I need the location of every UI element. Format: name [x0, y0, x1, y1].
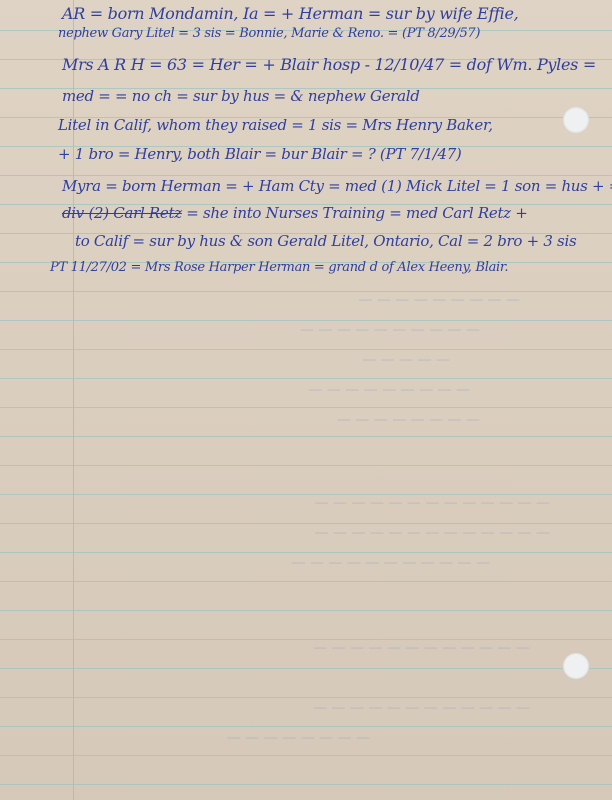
ruled-line	[0, 320, 612, 321]
punch-hole	[563, 653, 589, 679]
ruled-line	[0, 523, 612, 524]
bleed-through-text: — — — — — — — — — —	[150, 322, 480, 338]
bleed-through-text: — — — — — — — —	[180, 412, 480, 428]
bleed-through-text: — — — — — — — — — — — — —	[70, 525, 550, 541]
bleed-through-text: — — — — — — — — —	[150, 382, 470, 398]
bleed-through-text: — — — — — — — — — — —	[70, 555, 490, 571]
struck-text: div (2) Carl Retz	[62, 204, 182, 222]
punch-hole	[563, 107, 589, 133]
note-line: nephew Gary Litel = 3 sis = Bonnie, Mari…	[58, 26, 480, 41]
ruled-line	[0, 784, 612, 785]
bleed-through-text: — — — — — — — — — — — —	[70, 640, 530, 656]
note-line: to Calif = sur by hus & son Gerald Litel…	[75, 232, 576, 250]
ruled-line	[0, 552, 612, 553]
bleed-through-text: — — — — — — — — — — — —	[70, 700, 530, 716]
ruled-line	[0, 407, 612, 408]
ruled-line	[0, 726, 612, 727]
ruled-line	[0, 697, 612, 698]
ruled-line	[0, 581, 612, 582]
note-line-rest: = she into Nurses Training = med Carl Re…	[182, 204, 528, 222]
note-line: Myra = born Herman = + Ham Cty = med (1)…	[62, 177, 612, 195]
bleed-through-text: — — — — — — — — —	[220, 292, 520, 308]
bleed-through-text: — — — — — — — — — — — — —	[70, 495, 550, 511]
bleed-through-text: — — — — —	[250, 352, 450, 368]
note-line: PT 11/27/02 = Mrs Rose Harper Herman = g…	[50, 260, 508, 275]
scanned-page: AR = born Mondamin, Ia = + Herman = sur …	[0, 0, 612, 800]
note-line: Litel in Calif, whom they raised = 1 sis…	[58, 116, 493, 134]
ruled-line	[0, 755, 612, 756]
ruled-line	[0, 465, 612, 466]
ruled-line	[0, 349, 612, 350]
ruled-line	[0, 175, 612, 176]
ruled-line	[0, 378, 612, 379]
note-line: AR = born Mondamin, Ia = + Herman = sur …	[62, 4, 518, 23]
ruled-line	[0, 668, 612, 669]
ruled-line	[0, 436, 612, 437]
note-line: + 1 bro = Henry, both Blair = bur Blair …	[58, 145, 462, 163]
note-line: med = = no ch = sur by hus = & nephew Ge…	[62, 87, 420, 105]
note-line: Mrs A R H = 63 = Her = + Blair hosp - 12…	[62, 55, 596, 74]
ruled-line	[0, 610, 612, 611]
bleed-through-text: — — — — — — — —	[70, 730, 370, 746]
note-line: div (2) Carl Retz = she into Nurses Trai…	[62, 204, 528, 222]
